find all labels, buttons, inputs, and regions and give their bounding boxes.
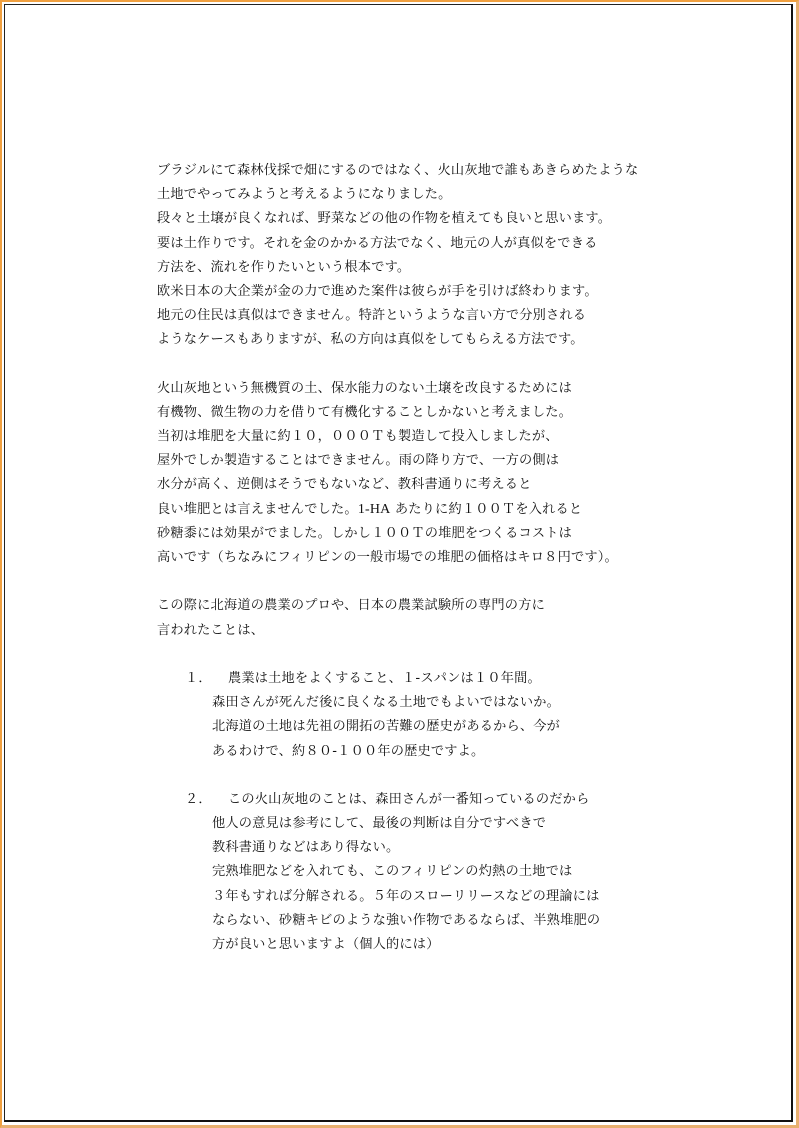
text-line: 高いです（ちなみにフィリピンの一般市場での堆肥の価格はキロ８円です）。	[157, 546, 717, 570]
text-line: ３年もすれば分解される。５年のスローリリースなどの理論には	[185, 885, 717, 909]
text-line: 火山灰地という無機質の土、保水能力のない土壌を改良するためには	[157, 377, 717, 401]
text-segment: あたりに約１００Ｔを入れると	[391, 502, 583, 517]
text-line: ようなケースもありますが、私の方向は真似をしてもらえる方法です。	[157, 328, 717, 352]
list-item-1: １．農業は土地をよくすること、１-スパンは１０年間。 森田さんが死んだ後に良くな…	[185, 667, 717, 764]
document-body: ブラジルにて森林伐採で畑にするのではなく、火山灰地で誰もあきらめたような 土地で…	[157, 159, 717, 957]
paragraph-1: ブラジルにて森林伐採で畑にするのではなく、火山灰地で誰もあきらめたような 土地で…	[157, 159, 717, 353]
text-segment: 良い堆肥とは言えませんでした。	[157, 502, 358, 517]
list-gap	[185, 764, 717, 788]
list-item-text: 農業は土地をよくすること、１-スパンは１０年間。	[228, 671, 541, 686]
text-line: ならない、砂糖キビのような強い作物であるならば、半熟堆肥の	[185, 909, 717, 933]
text-line: 屋外でしか製造することはできません。雨の降り方で、一方の側は	[157, 449, 717, 473]
text-line: この際に北海道の農業のプロや、日本の農業試験所の専門の方に	[157, 594, 717, 618]
paragraph-gap	[157, 643, 717, 667]
text-line: 他人の意見は参考にして、最後の判断は自分ですべきで	[185, 812, 717, 836]
text-line: 欧米日本の大企業が金の力で進めた案件は彼らが手を引けば終わります。	[157, 280, 717, 304]
text-line: 段々と土壌が良くなれば、野菜などの他の作物を植えても良いと思います。	[157, 207, 717, 231]
text-line: 言われたことは、	[157, 619, 717, 643]
numbered-list: １．農業は土地をよくすること、１-スパンは１０年間。 森田さんが死んだ後に良くな…	[185, 667, 717, 957]
list-number: １．	[185, 667, 228, 691]
text-line: 土地でやってみようと考えるようになりました。	[157, 183, 717, 207]
text-line: ブラジルにて森林伐採で畑にするのではなく、火山灰地で誰もあきらめたような	[157, 159, 717, 183]
text-line: 当初は堆肥を大量に約１０，０００Ｔも製造して投入しましたが、	[157, 425, 717, 449]
paragraph-2: 火山灰地という無機質の土、保水能力のない土壌を改良するためには 有機物、微生物の…	[157, 377, 717, 571]
text-line: あるわけで、約８０-１００年の歴史ですよ。	[185, 740, 717, 764]
text-line: 砂糖黍には効果がでました。しかし１００Ｔの堆肥をつくるコストは	[157, 522, 717, 546]
paragraph-gap	[157, 353, 717, 377]
text-line: 完熟堆肥などを入れても、このフィリピンの灼熱の土地では	[185, 860, 717, 884]
paragraph-gap	[157, 570, 717, 594]
text-line: 方法を、流れを作りたいという根本です。	[157, 256, 717, 280]
text-line: 森田さんが死んだ後に良くなる土地でもよいではないか。	[185, 691, 717, 715]
paragraph-3: この際に北海道の農業のプロや、日本の農業試験所の専門の方に 言われたことは、	[157, 594, 717, 642]
text-line: 水分が高く、逆側はそうでもないなど、教科書通りに考えると	[157, 473, 717, 497]
list-number: ２．	[185, 788, 228, 812]
text-line-mixed: 良い堆肥とは言えませんでした。1-HA あたりに約１００Ｔを入れると	[157, 498, 717, 522]
text-line: 北海道の土地は先祖の開拓の苦難の歴史があるから、今が	[185, 715, 717, 739]
text-line: 方が良いと思いますよ（個人的には）	[185, 933, 717, 957]
list-item-2: ２．この火山灰地のことは、森田さんが一番知っているのだから 他人の意見は参考にし…	[185, 788, 717, 957]
text-line: 要は土作りです。それを金のかかる方法でなく、地元の人が真似をできる	[157, 232, 717, 256]
list-item-text: この火山灰地のことは、森田さんが一番知っているのだから	[228, 792, 589, 807]
text-line: 有機物、微生物の力を借りて有機化することしかないと考えました。	[157, 401, 717, 425]
text-line: 地元の住民は真似はできません。特許というような言い方で分別される	[157, 304, 717, 328]
text-line: 教科書通りなどはあり得ない。	[185, 836, 717, 860]
unit-label: 1-HA	[358, 502, 391, 517]
